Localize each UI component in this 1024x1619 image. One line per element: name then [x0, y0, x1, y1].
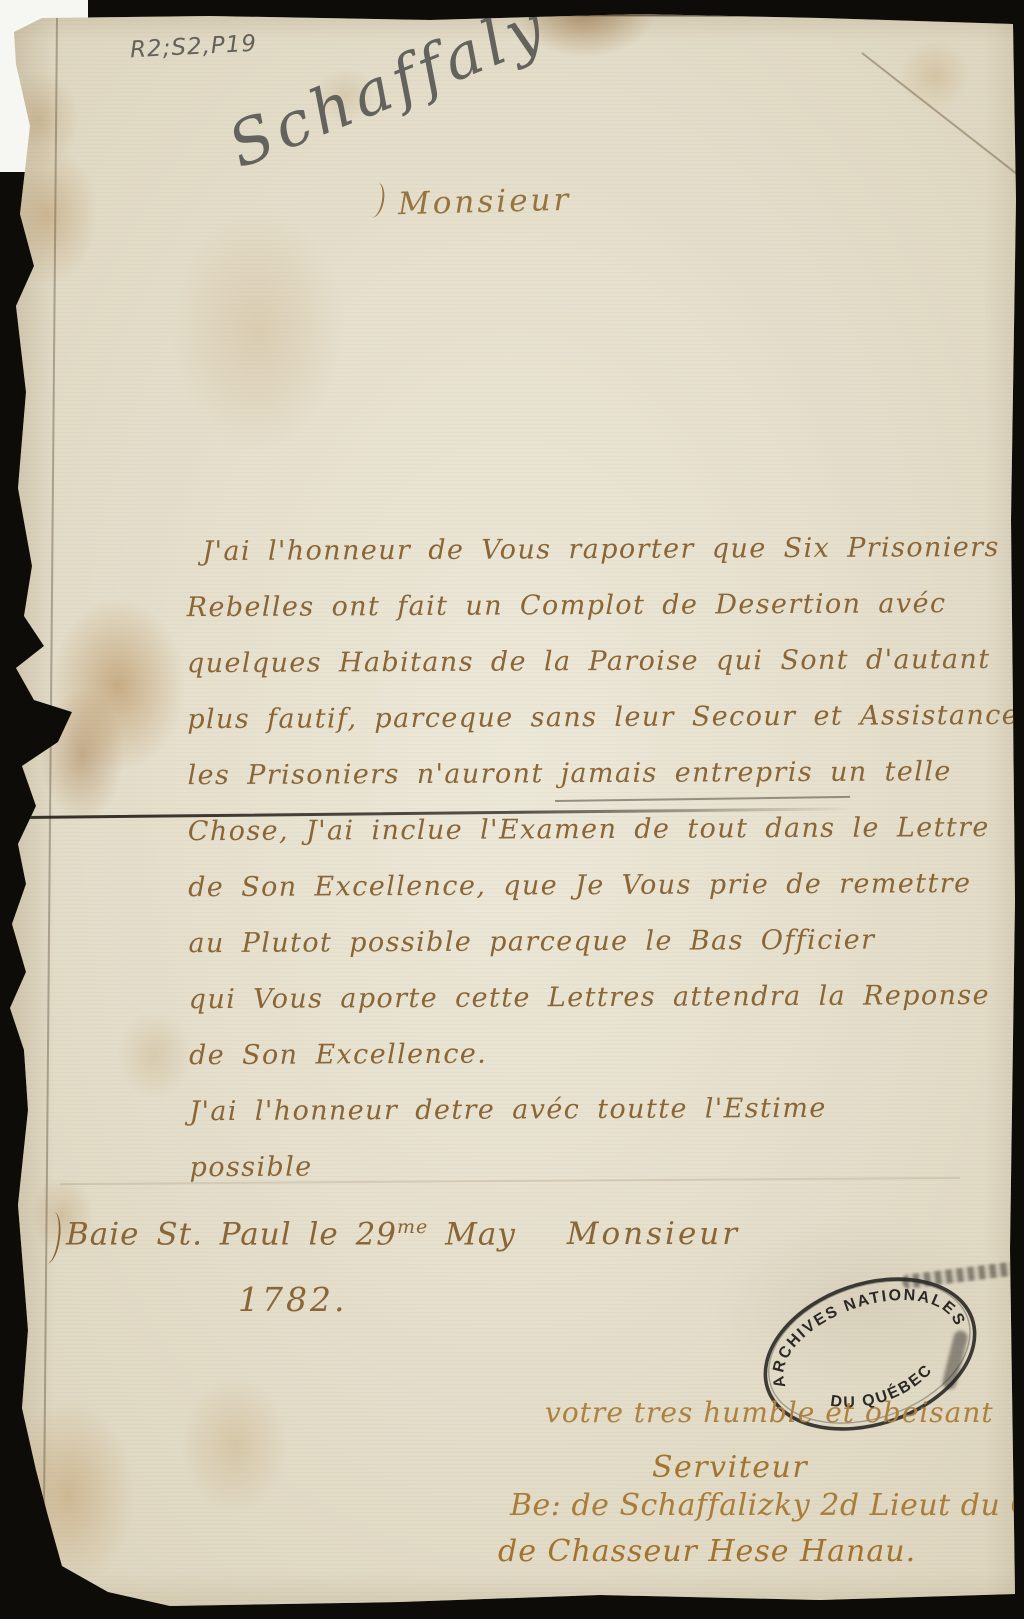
closing-line: votre tres humble et obeisant: [545, 1396, 994, 1429]
closing-line: Serviteur: [652, 1450, 808, 1485]
dateline-ordinal: me: [397, 1216, 428, 1238]
letter-line: de Son Excellence, que Je Vous prie de r…: [188, 856, 1020, 916]
pencil-signature-annotation: Schaffaly: [218, 0, 558, 182]
letter-line: les Prisoniers n'auront jamais entrepris…: [187, 744, 1019, 804]
letter-line: possible: [189, 1136, 1021, 1196]
letter-line: J'ai l'honneur detre avéc toutte l'Estim…: [189, 1080, 1021, 1140]
letter-line: au Plutot possible parceque le Bas Offic…: [188, 912, 1020, 972]
letter-line: J'ai l'honneur de Vous raporter que Six …: [186, 520, 1018, 580]
archival-code: R2;S2,P19: [129, 31, 257, 64]
letter-line: de Son Excellence.: [189, 1024, 1021, 1084]
letter-body: J'ai l'honneur de Vous raporter que Six …: [186, 520, 1021, 1196]
signature-line: Be: de Schaffalizky 2d Lieut du Corps: [510, 1488, 1024, 1523]
signature-line: de Chasseur Hese Hanau.: [498, 1534, 916, 1569]
salutation: Monsieur: [398, 182, 572, 223]
top-fold-line: [10, 12, 1010, 18]
letter-page: R2;S2,P19 Schaffaly Monsieur J'ai l'honn…: [0, 0, 1024, 1619]
letter-line: Rebelles ont fait un Complot de Desertio…: [187, 576, 1019, 636]
dateline-place: Baie St. Paul le 29: [66, 1216, 397, 1252]
letter-line: qui Vous aporte cette Lettres attendra l…: [189, 968, 1021, 1028]
left-fold-line: [42, 18, 58, 1593]
letter-line: quelques Habitans de la Paroise qui Sont…: [187, 632, 1019, 692]
document-scan: R2;S2,P19 Schaffaly Monsieur J'ai l'honn…: [0, 0, 1024, 1619]
pen-flourish: [365, 181, 387, 219]
pen-flourish: [40, 1211, 63, 1265]
top-right-crease: [861, 52, 1024, 180]
dateline-month: May: [445, 1216, 516, 1252]
dateline-year: 1782.: [238, 1280, 347, 1319]
dateline-salutation: Monsieur: [567, 1216, 740, 1252]
letter-line: Chose, J'ai inclue l'Examen de tout dans…: [188, 800, 1020, 860]
letter-line: plus fautif, parceque sans leur Secour e…: [187, 688, 1019, 748]
dateline: Baie St. Paul le 29me May Monsieur: [66, 1216, 740, 1252]
